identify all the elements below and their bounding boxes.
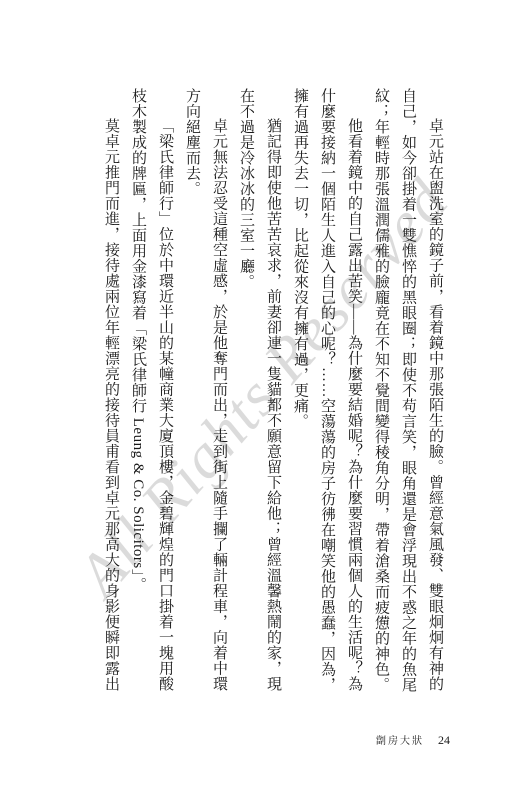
paragraph-6: 莫卓元推門而進，接待處兩位年輕漂亮的接待員甫看到卓元那高大的身影便瞬即露出 [97, 88, 124, 698]
paragraph-2: 他看着鏡中的自己露出苦笑——為什麼要結婚呢？為什麼要習慣兩個人的生活呢？為什麼要… [286, 88, 367, 698]
paragraph-3: 猶記得即使他苦苦哀求，前妻卻連一隻貓都不願意留下給他；曾經溫馨熱鬧的家，現在不過… [232, 88, 286, 698]
paragraph-4: 卓元無法忍受這種空虛感，於是他奪門而出，走到街上隨手攔了輛計程車，向着中環方向絕… [178, 88, 232, 698]
page-footer: 劏房大狀 24 [376, 732, 450, 748]
paragraph-5: 「梁氏律師行」位於中環近半山的某幢商業大廈頂樓，金碧輝煌的門口掛着一塊用酸枝木製… [124, 88, 178, 698]
book-page: All Rights Reserved 卓元站在盥洗室的鏡子前，看着鏡中那張陌生… [0, 0, 528, 792]
paragraph-1: 卓元站在盥洗室的鏡子前，看着鏡中那張陌生的臉。曾經意氣風發、雙眼炯炯有神的自己，… [367, 88, 448, 698]
footer-page-number: 24 [438, 733, 450, 748]
vertical-text-body: 卓元站在盥洗室的鏡子前，看着鏡中那張陌生的臉。曾經意氣風發、雙眼炯炯有神的自己，… [97, 88, 448, 698]
footer-book-title: 劏房大狀 [376, 732, 424, 747]
